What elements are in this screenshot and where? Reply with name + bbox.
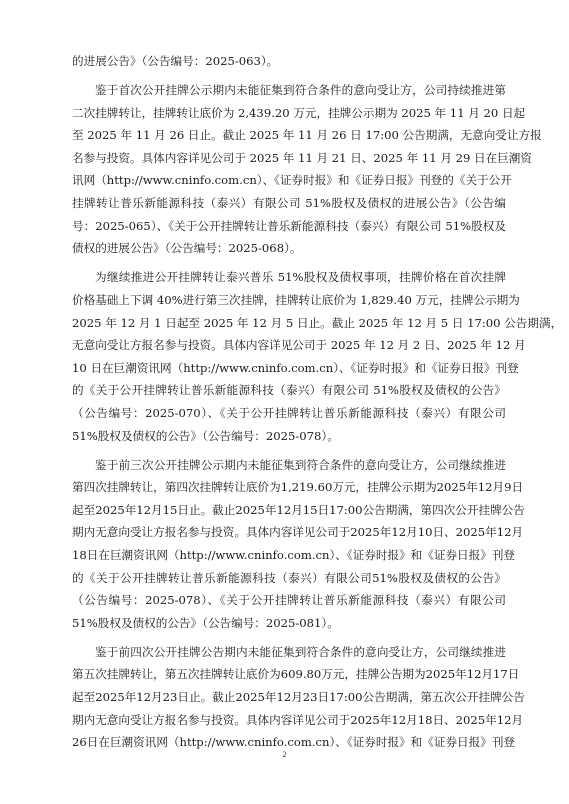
text-line: 号：2025-065）、《关于公开挂牌转让普乐新能源科技（泰兴）有限公司 51%… [72,215,506,238]
text-line: 的《关于公开挂牌转让普乐新能源科技（泰兴）有限公司 51%股权及债权的公告》 [72,379,506,402]
text-line: 第五次挂牌转让，第五次挂牌转让底价为609.80万元，挂牌公告期为2025年12… [72,663,506,686]
text-line: 起至2025年12月15日止。截止2025年12月15日17:00公告期满，第四… [72,499,506,522]
page-number: 2 [0,750,569,759]
text-line: 18日在巨潮资讯网（http://www.cninfo.com.cn）、《证券时… [72,544,506,567]
text-line: 为继续推进公开挂牌转让泰兴普乐 51%股权及债权事项，挂牌价格在首次挂牌 [72,266,506,289]
paragraph-third-listing: 为继续推进公开挂牌转让泰兴普乐 51%股权及债权事项，挂牌价格在首次挂牌 价格基… [72,266,506,447]
text-line: 鉴于前三次公开挂牌公示期内未能征集到符合条件的意向受让方，公司继续推进 [72,454,506,477]
text-line: 期内无意向受让方报名参与投资。具体内容详见公司于2025年12月10日、2025… [72,521,506,544]
text-line: 第四次挂牌转让，第四次挂牌转让底价为1,219.60万元，挂牌公示期为2025年… [72,476,506,499]
text-line: 挂牌转让普乐新能源科技（泰兴）有限公司 51%股权及债权的进展公告》（公告编 [72,192,506,215]
paragraph-second-listing: 鉴于首次公开挂牌公示期内未能征集到符合条件的意向受让方，公司持续推进第 二次挂牌… [72,79,506,260]
text-line: 10 日在巨潮资讯网（http://www.cninfo.com.cn）、《证券… [72,357,506,380]
paragraph-fifth-listing: 鉴于前四次公开挂牌公告期内未能征集到符合条件的意向受让方，公司继续推进 第五次挂… [72,641,506,754]
text-line: 的《关于公开挂牌转让普乐新能源科技（泰兴）有限公司51%股权及债权的公告》 [72,567,506,590]
text-line: 的进展公告》（公告编号：2025-063）。 [72,50,506,73]
paragraph-fourth-listing: 鉴于前三次公开挂牌公示期内未能征集到符合条件的意向受让方，公司继续推进 第四次挂… [72,454,506,635]
document-body: 的进展公告》（公告编号：2025-063）。 鉴于首次公开挂牌公示期内未能征集到… [72,50,506,760]
text-line: 51%股权及债权的公告》（公告编号：2025-081）。 [72,612,506,635]
text-line: 无意向受让方报名参与投资。具体内容详见公司于 2025 年 12 月 2 日、2… [72,334,506,357]
text-line: 起至2025年12月23日止。截止2025年12月23日17:00公告期满，第五… [72,686,506,709]
text-line: 51%股权及债权的公告》（公告编号：2025-078）。 [72,425,506,448]
text-line: 至 2025 年 11 月 26 日止。截止 2025 年 11 月 26 日 … [72,124,506,147]
text-line: 债权的进展公告》（公告编号：2025-068）。 [72,237,506,260]
text-line: 鉴于前四次公开挂牌公告期内未能征集到符合条件的意向受让方，公司继续推进 [72,641,506,664]
text-line: 期内无意向受让方报名参与投资。具体内容详见公司于2025年12月18日、2025… [72,709,506,732]
text-line: （公告编号：2025-078）、《关于公开挂牌转让普乐新能源科技（泰兴）有限公司 [72,589,506,612]
text-line: 讯网（http://www.cninfo.com.cn）、《证券时报》和《证券日… [72,169,506,192]
text-line: 2025 年 12 月 1 日起至 2025 年 12 月 5 日止。截止 20… [72,312,506,335]
text-line: 二次挂牌转让，挂牌转让底价为 2,439.20 万元，挂牌公示期为 2025 年… [72,102,506,125]
text-line: 鉴于首次公开挂牌公示期内未能征集到符合条件的意向受让方，公司持续推进第 [72,79,506,102]
text-line: （公告编号：2025-070）、《关于公开挂牌转让普乐新能源科技（泰兴）有限公司 [72,402,506,425]
paragraph-1-tail: 的进展公告》（公告编号：2025-063）。 [72,50,506,73]
text-line: 价格基础上下调 40%进行第三次挂牌，挂牌转让底价为 1,829.40 万元，挂… [72,289,506,312]
text-line: 名参与投资。具体内容详见公司于 2025 年 11 月 21 日、2025 年 … [72,147,506,170]
